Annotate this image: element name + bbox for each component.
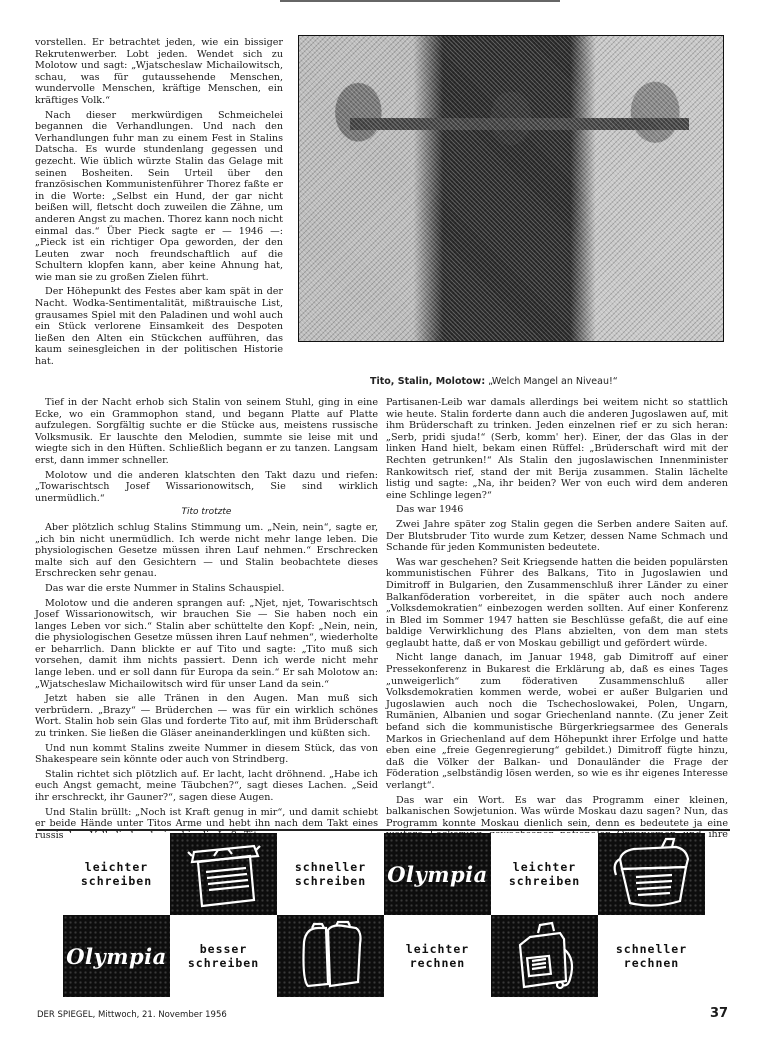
paragraph: Tief in der Nacht erhob sich Stalin von … [35,397,378,467]
ad-cell-slogan: schneller rechnen [598,915,705,997]
photo-halftone [299,36,723,341]
top-rule [280,0,560,2]
paragraph: Was war geschehen? Seit Kriegsende hatte… [386,557,728,650]
calculator-icon [510,919,580,993]
ad-slogan: leichter rechnen [406,942,469,970]
paragraph: Molotow und die anderen klatschten den T… [35,470,378,505]
ad-slogan: schneller rechnen [616,942,687,970]
paragraph: Nicht lange danach, im Januar 1948, gab … [386,652,728,791]
ad-cell-slogan: leichter schreiben [63,833,170,915]
paragraph: Das war ein Wort. Es war das Programm ei… [386,795,728,853]
paragraph: Zwei Jahre später zog Stalin gegen die S… [386,519,728,554]
paragraph: Aber plötzlich schlug Stalins Stimmung u… [35,522,378,580]
paragraph: Molotow und die anderen sprangen auf: „N… [35,598,378,691]
ad-cell-slogan: besser schreiben [170,915,277,997]
ad-slogan: leichter schreiben [509,860,580,888]
ad-cell-slogan: schneller schreiben [277,833,384,915]
typewriter-cases-icon [296,920,366,992]
caption-names: Tito, Stalin, Molotow: [370,376,485,387]
paragraph: Das war die erste Nummer in Stalins Scha… [35,583,378,595]
portable-typewriter-icon [184,838,264,910]
ad-slogan: leichter schreiben [81,860,152,888]
photo-tito-stalin-molotow [298,35,724,342]
paragraph: Und nun kommt Stalins zweite Nummer in d… [35,743,378,766]
ad-cell-slogan: leichter rechnen [384,915,491,997]
caption-quote: „Welch Mangel an Niveau!“ [488,376,618,387]
ad-slogan: besser schreiben [188,942,259,970]
article-column-left: Tief in der Nacht erhob sich Stalin von … [35,397,378,844]
ad-separator-rule [37,829,730,831]
ad-cell-image [277,915,384,997]
article-column-right: Partisanen-Leib war damals allerdings be… [386,397,728,856]
ad-cell-brand: Olympia [63,915,170,997]
paragraph: Und Stalin brüllt: „Noch ist Kraft genug… [35,807,378,842]
olympia-logo: Olympia [387,862,487,887]
paragraph: Der Höhepunkt des Festes aber kam spät i… [35,286,283,367]
ad-cell-image [170,833,277,915]
subheading: Tito trotzte [35,507,378,519]
paragraph: Stalin richtet sich plötzlich auf. Er la… [35,769,378,804]
paragraph: Jetzt haben sie alle Tränen in den Augen… [35,693,378,739]
paragraph: Nach dieser merkwürdigen Schmeichelei be… [35,110,283,284]
paragraph: Partisanen-Leib war damals allerdings be… [386,397,728,501]
paragraph: vorstellen. Er betrachtet jeden, wie ein… [35,37,283,107]
olympia-logo: Olympia [66,944,166,969]
photo-caption: Tito, Stalin, Molotow: „Welch Mangel an … [370,376,618,387]
ad-cell-image [491,915,598,997]
page-number: 37 [710,1006,728,1021]
ad-slogan: schneller schreiben [295,860,366,888]
publication-footer: DER SPIEGEL, Mittwoch, 21. November 1956 [37,1010,227,1020]
article-column-top-left: vorstellen. Er betrachtet jeden, wie ein… [35,37,283,371]
paragraph: Das war 1946 [386,504,728,516]
